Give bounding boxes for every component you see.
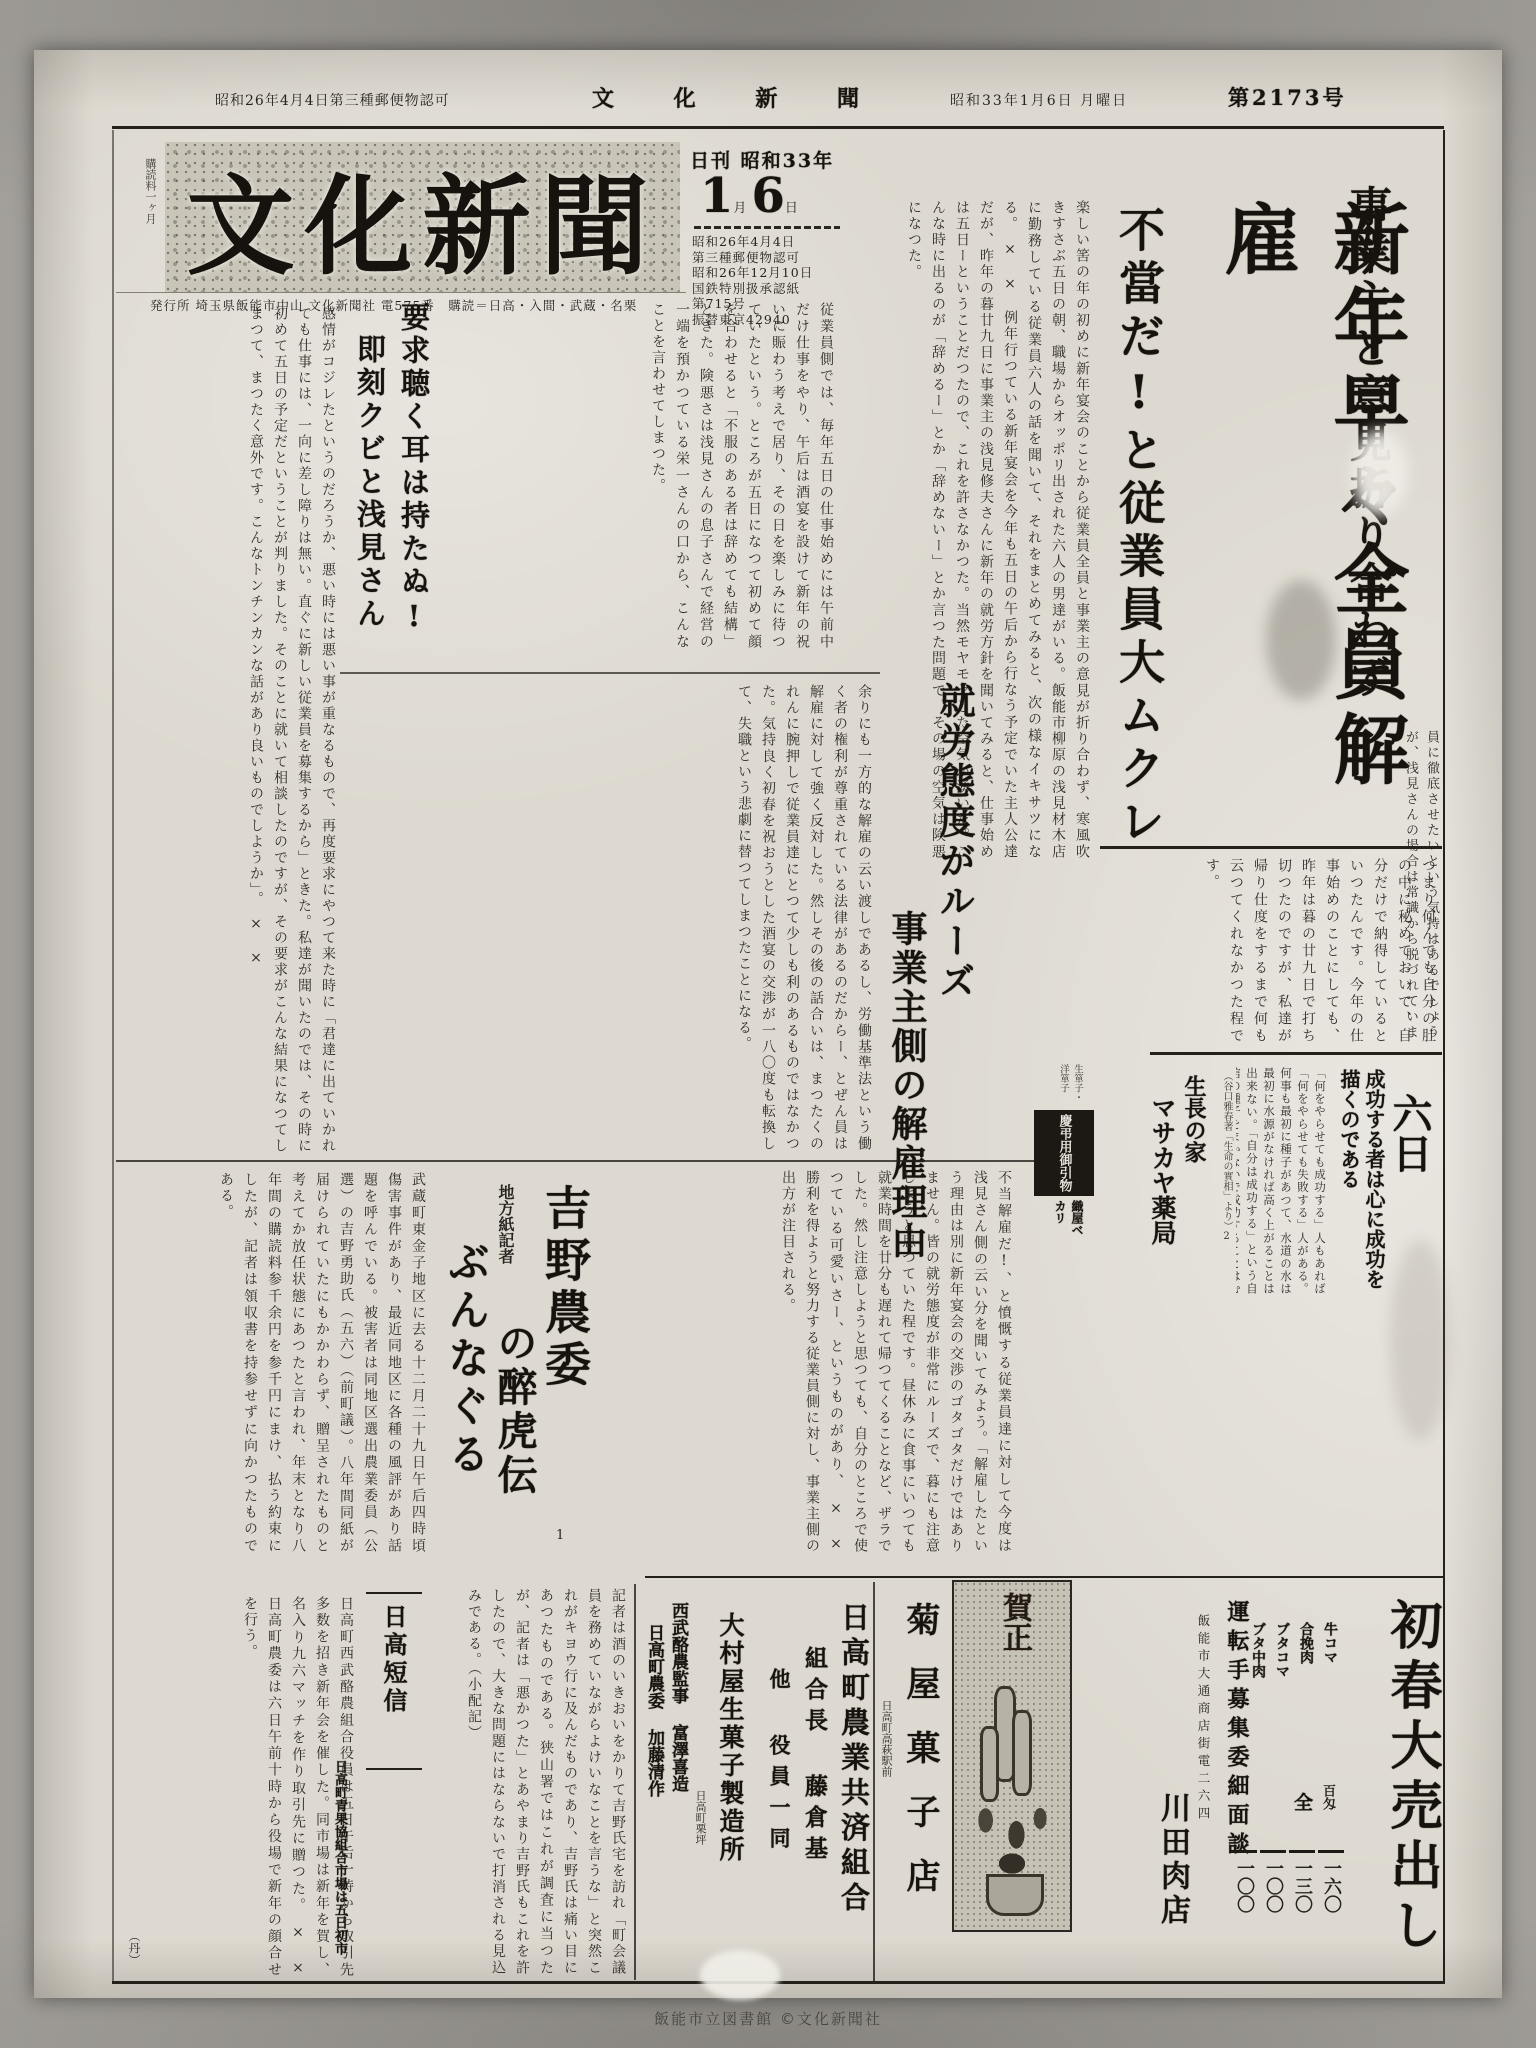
ad-seibu-line1: 西武酪農監事 富澤喜造 xyxy=(666,1602,691,1932)
divider xyxy=(340,672,880,674)
footer-library: 飯能市立図書館 xyxy=(654,2010,773,2028)
price-value: 一〇〇 xyxy=(1260,1850,1286,1946)
note-line: 国鉄特別扱承認紙 xyxy=(692,281,813,297)
lead-interview: つまり何んでも自分の肚の中に秘めておいて、自分だけで納得しているといつたんです。… xyxy=(1004,858,1440,1044)
ad-hatsuharu-prices: 一六〇 一三〇 一〇〇 一〇〇 xyxy=(1252,1850,1344,1946)
ink-stain xyxy=(1266,580,1336,700)
price-value: 一六〇 xyxy=(1318,1850,1344,1946)
footer-copyright: ©文化新聞社 xyxy=(780,2010,882,2028)
ad-hatsuharu-unit: 百匁 xyxy=(1318,1784,1337,1844)
tanshin-sign: （丹） xyxy=(126,1930,143,1978)
crosshead-1: 要求聴く耳は持たぬ! xyxy=(394,302,435,642)
ad-kyosai-name: 日高町農業共済組合 xyxy=(834,1602,875,1970)
ad-gashou: 賀正 xyxy=(952,1580,1072,1932)
day-number: 6 xyxy=(752,168,785,224)
meat-item: ブタコマ xyxy=(1272,1622,1292,1802)
ad-kyosai-title1: 組合長 藤倉基 xyxy=(798,1646,831,1946)
paper-tear xyxy=(700,1950,780,2000)
note-line: 昭和26年4月4日 xyxy=(692,234,813,250)
lead-subhead: 不當だ!と従業員大ムクレ xyxy=(1106,206,1172,856)
oriya-ad-main: 慶弔用御引物 xyxy=(1055,1114,1074,1192)
meat-item: ブタ中肉 xyxy=(1248,1622,1268,1802)
ad-kikuya-name: 菊屋菓子店 xyxy=(896,1602,945,1974)
ad-hatsuharu-all: 全 xyxy=(1294,1788,1313,1815)
postal-permit-note: 昭和26年4月4日第三種郵便物認可 xyxy=(215,90,535,110)
ad-omura-name: 大村屋生菓子製造所 xyxy=(712,1612,748,1952)
scan-footer: 飯能市立図書館 ©文化新聞社 xyxy=(0,2008,1536,2029)
ad-kikuya-addr: 日高町高萩駅前 xyxy=(878,1700,894,1910)
lead-body-d: 余りにも一方的な解雇の云い渡しであるし、労働基準法という働く者の権利が尊重されて… xyxy=(592,684,876,1152)
yoshino-body-1: 武蔵町東金子地区に去る十二月二十九日午后四時頃傷害事件があり、最近同地区に各種の… xyxy=(118,1172,430,1554)
ad-kawada-name: 川田肉店 xyxy=(1150,1792,1194,1942)
divider xyxy=(366,1768,422,1770)
day-label: 日 xyxy=(785,201,798,216)
tanshin-ichiba-head: 日高町青果協組合市場は五日初市 xyxy=(330,1760,349,1980)
rokka-credit: （谷口雅春著「生命の實相」より）2 xyxy=(1219,1071,1234,1291)
page-mark: 1 xyxy=(556,1528,564,1543)
oriya-ad-main-box: 慶弔用御引物 xyxy=(1034,1110,1094,1196)
oriya-ad: 生箪子・洋箪子 慶弔用御引物 織屋ベカリ xyxy=(1026,1064,1104,1236)
note-line: 昭和26年12月10日 xyxy=(692,265,813,281)
divider xyxy=(1100,846,1442,849)
pine-leaves-shape xyxy=(968,1782,1056,1878)
rokka-title: 六日 xyxy=(1381,1093,1438,1203)
crosshead-2: 即刻クビと浅見さん xyxy=(350,334,391,674)
yoshino-kicker: 地方紙記者 xyxy=(494,1184,517,1314)
divider xyxy=(116,292,686,293)
top-rule xyxy=(112,126,1444,129)
divider xyxy=(366,1592,422,1594)
scan-shadow xyxy=(1390,1240,1450,1440)
ad-kawada-addr: 飯能市大通商店街電二六四 xyxy=(1194,1614,1212,1934)
ad-omura-addr: 日高町栗坪 xyxy=(692,1790,708,1920)
rokka-shop: マサカヤ薬局 xyxy=(1144,1095,1180,1285)
meat-item: 合挽肉 xyxy=(1296,1622,1316,1802)
yoshino-body-2: 記者は酒のいきおいをかりて吉野氏宅を訪れ「町会議員を務めていながらよけいなことを… xyxy=(442,1588,630,1976)
price-value: 一三〇 xyxy=(1289,1850,1315,1946)
oriya-ad-bottom: 織屋ベカリ xyxy=(1052,1200,1086,1236)
masthead-title: 文化新聞 xyxy=(186,140,658,295)
paper-name-top: 文 化 新 聞 xyxy=(592,82,885,113)
month-label: 月 xyxy=(733,201,746,216)
month-number: 1 xyxy=(700,168,733,224)
basket-shape xyxy=(986,1874,1044,1916)
wavy-rule xyxy=(694,226,840,229)
issue-date-top: 昭和33年1月6日 月曜日 xyxy=(950,90,1230,110)
tanshin-body: 日高町西武酪農組合役員は五日午后一時から取引先多数を招き新年会を催した。同市場は… xyxy=(120,1596,358,1978)
paper-flaw xyxy=(1352,430,1408,516)
divider xyxy=(634,1584,636,1980)
rokka-lead: 成功する者は心に成功を描くのである xyxy=(1334,1069,1386,1293)
ad-kyosai-title2: 他 役員一同 xyxy=(764,1668,794,1928)
newspaper-scan: 昭和26年4月4日第三種郵便物認可 文 化 新 聞 昭和33年1月6日 月曜日 … xyxy=(0,0,1536,2048)
price-value: 一〇〇 xyxy=(1231,1850,1257,1946)
note-line: 第三種郵便物認可 xyxy=(692,250,813,266)
lead-body-b: 従業員側では、毎年五日の仕事始めには午前中だけ仕事をやり、午后は酒宴を設けて新年… xyxy=(444,302,838,650)
masthead: 文化新聞 xyxy=(165,142,680,292)
ad-hatsuharu-title: 初春大売出し xyxy=(1374,1598,1449,1990)
ads-top-rule xyxy=(645,1576,1443,1578)
ad-seibu-line2: 日高町農委 加藤清作 xyxy=(642,1624,667,1934)
issue-number: 第2173号 xyxy=(1228,82,1346,112)
meat-item: 牛コマ xyxy=(1320,1622,1340,1802)
yoshino-head3: ぶんなぐる xyxy=(436,1240,496,1540)
subscription-note: 購読料一ヶ月 xyxy=(142,158,158,288)
rokka-body: 「何をやらせても成功する」人もあれば「何をやらせても失敗する」人がある。何事も最… xyxy=(1236,1067,1328,1295)
ad-hatsuharu-items: 牛コマ 合挽肉 ブタコマ ブタ中肉 xyxy=(1256,1622,1340,1802)
gashou-greeting: 賀正 xyxy=(992,1592,1036,1682)
oriya-ad-top: 生箪子・洋箪子 xyxy=(1056,1064,1084,1108)
lead-body-c: 感情がコジレたというのだろうか、悪い時には悪い事が重なるもので、再度要求にやつて… xyxy=(118,306,340,1154)
rokka-org: 生長の家 xyxy=(1179,1075,1210,1205)
left-border xyxy=(112,130,114,1984)
kadomatsu-illustration xyxy=(968,1686,1056,1916)
mid-kicker: 就労態度がルーズ xyxy=(930,682,981,1018)
tanshin-title: 日高短信 xyxy=(376,1604,411,1754)
lead-headline: 新年早々全員解雇 xyxy=(1202,200,1420,870)
date-big: 1月 6日 xyxy=(700,168,798,224)
section-rule xyxy=(116,1160,1042,1162)
lead-body-e: 不当解雇だ!、と憤慨する従業員達に対して今度は浅見さん側の云い分を聞いてみよう。… xyxy=(598,1170,1016,1554)
